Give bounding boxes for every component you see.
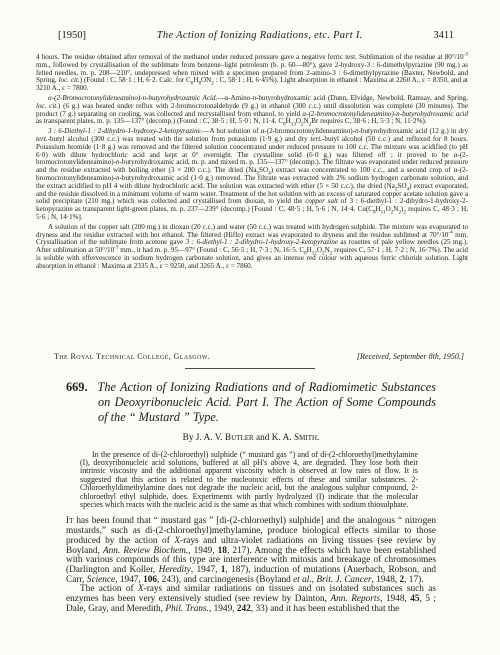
received-date: [Received, September 8th, 1950.] xyxy=(357,352,468,361)
body-paragraph-1: It has been found that “ mustard gas ” [… xyxy=(66,517,436,585)
affiliation: The Royal Technical College, Glasgow. xyxy=(36,352,210,361)
article-number: 669. xyxy=(66,380,98,394)
byline: By J. A. V. Butler and K. A. Smith. xyxy=(66,433,436,443)
running-head: [1950] The Action of Ionizing Radiations… xyxy=(58,30,454,41)
abstract: In the presence of di-(2-chloroethyl) su… xyxy=(80,451,418,510)
body-paragraph-2: The action of X-rays and similar radiati… xyxy=(66,585,436,614)
article-heading: 669.The Action of Ionizing Radiations an… xyxy=(66,380,436,426)
experimental-paragraph-1: 4 hours. The residue obtained after remo… xyxy=(36,54,468,93)
experimental-paragraph-3: 3 : 6-Diethyl-1 : 2-dihydro-1-hydroxy-2-… xyxy=(36,128,468,222)
section-divider-rule xyxy=(185,368,315,369)
experimental-paragraph-4: A solution of the copper salt (200 mg.) … xyxy=(36,224,468,271)
running-head-year: [1950] xyxy=(58,30,86,41)
running-head-page-number: 3411 xyxy=(433,30,454,41)
article-section: 669.The Action of Ionizing Radiations an… xyxy=(66,380,436,614)
journal-page: [1950] The Action of Ionizing Radiations… xyxy=(0,0,500,655)
article-title-text: The Action of Ionizing Radiations and of… xyxy=(98,380,436,424)
experimental-paragraph-2: α-(2-Bromocrotonylideneamino)-n-butyrohy… xyxy=(36,95,468,126)
experimental-section: 4 hours. The residue obtained after remo… xyxy=(36,54,468,271)
signature-row: The Royal Technical College, Glasgow. [R… xyxy=(36,352,468,361)
running-head-title: The Action of Ionizing Radiations, etc. … xyxy=(157,30,363,41)
